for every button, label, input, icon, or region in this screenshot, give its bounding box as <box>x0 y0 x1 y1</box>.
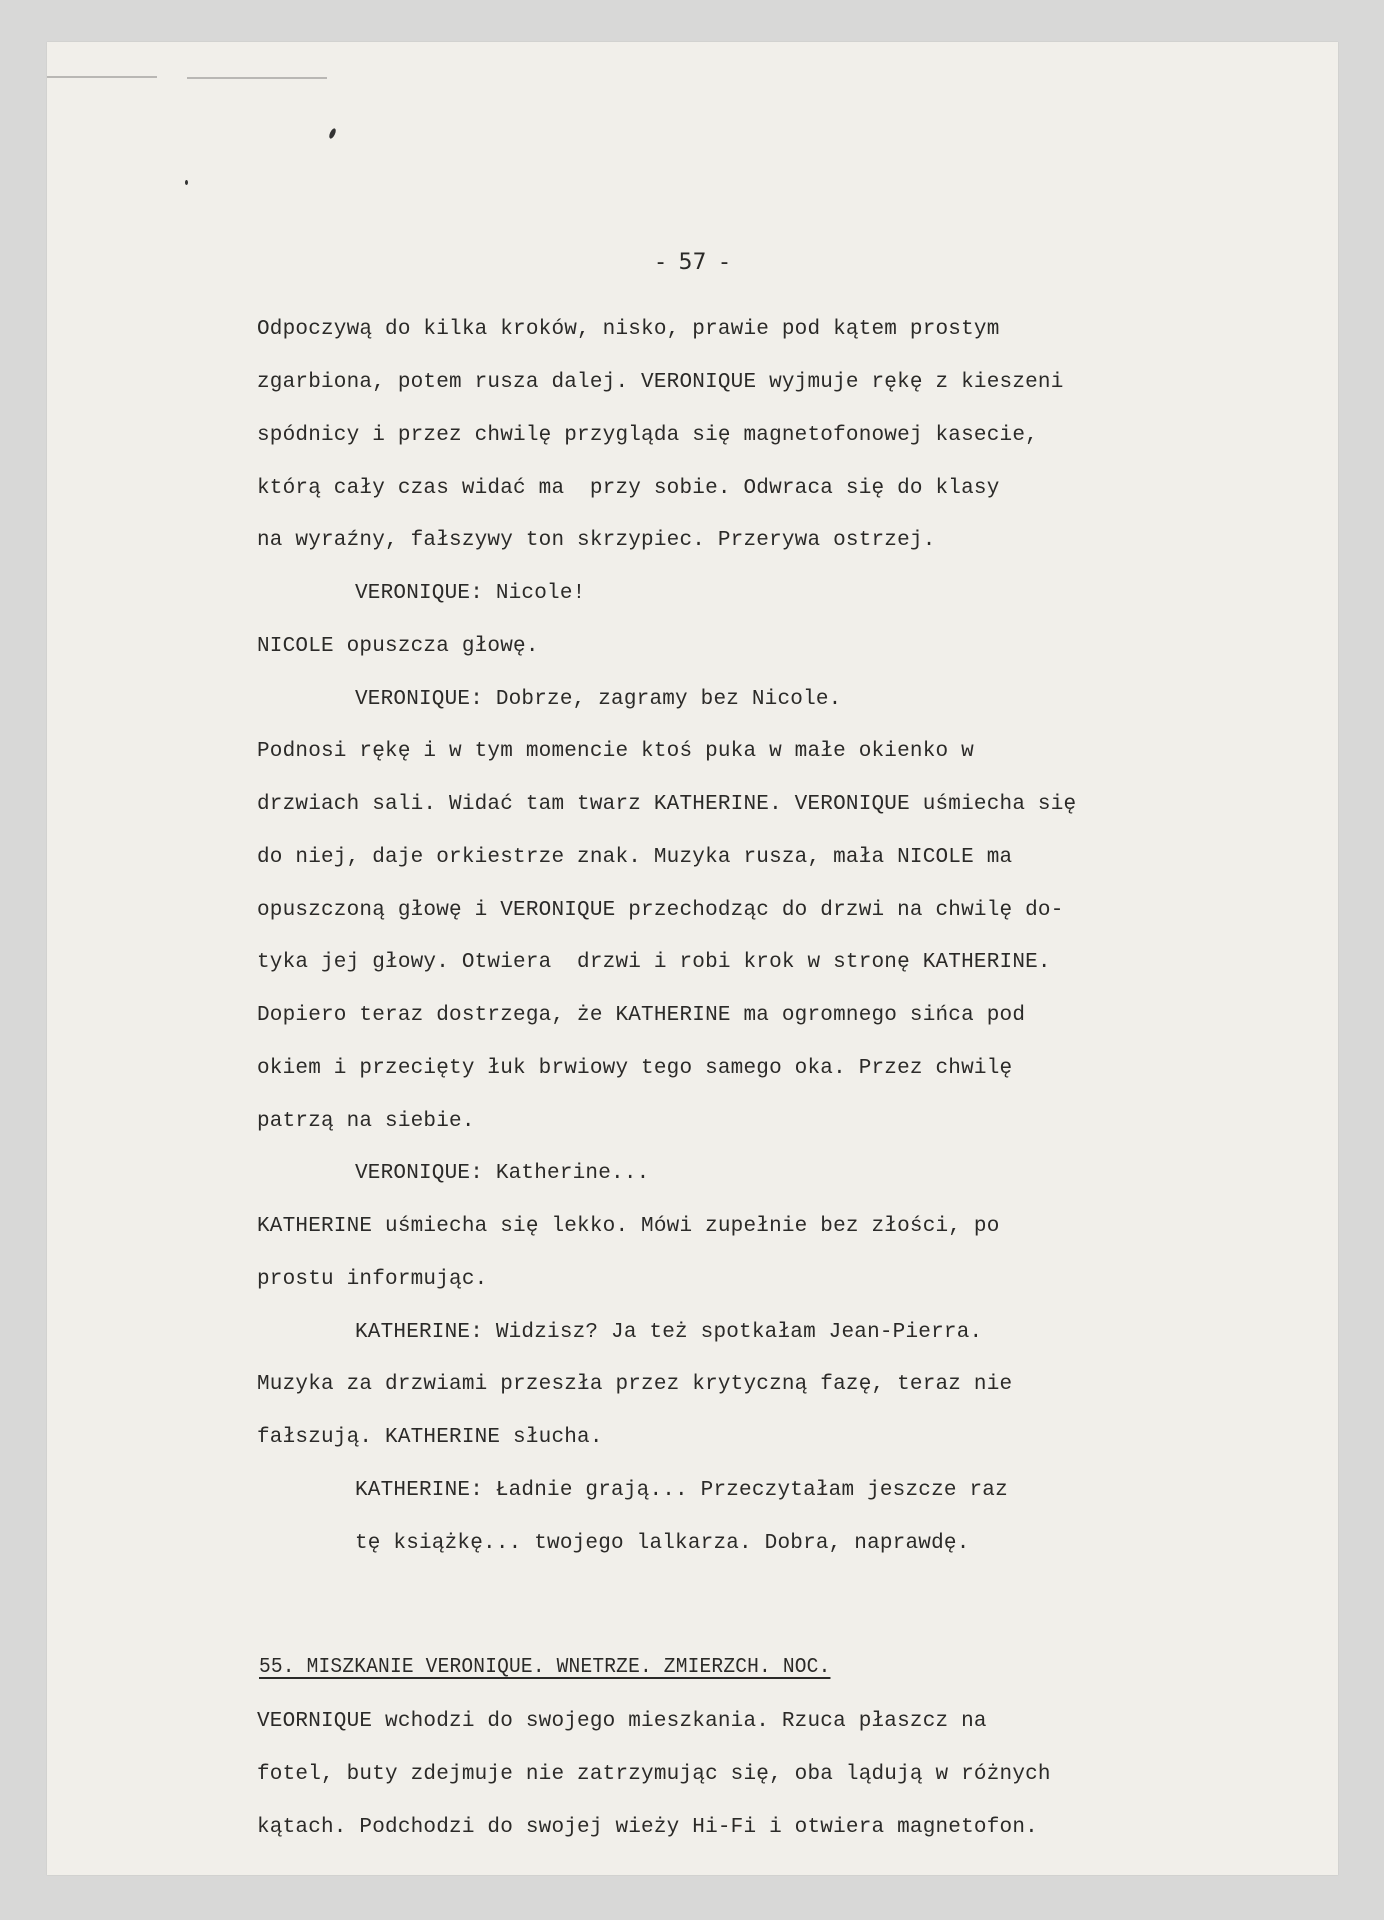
page-number: - 57 - <box>47 250 1338 275</box>
scan-smudge <box>47 76 157 78</box>
dialogue-line: VERONIQUE: Katherine... <box>355 1162 649 1185</box>
scene-line: fotel, buty zdejmuje nie zatrzymując się… <box>257 1763 1051 1786</box>
body-line: Odpoczywą do kilka kroków, nisko, prawie… <box>257 318 1000 341</box>
ink-speck <box>328 127 337 139</box>
scene-line: VEORNIQUE wchodzi do swojego mieszkania.… <box>257 1710 987 1733</box>
dialogue-line: KATHERINE: Widzisz? Ja też spotkałam Jea… <box>355 1321 982 1344</box>
body-line: Podnosi rękę i w tym momencie ktoś puka … <box>257 740 974 763</box>
body-line: patrzą na siebie. <box>257 1110 475 1133</box>
body-line: drzwiach sali. Widać tam twarz KATHERINE… <box>257 793 1076 816</box>
body-line: fałszują. KATHERINE słucha. <box>257 1426 603 1449</box>
body-line: NICOLE opuszcza głowę. <box>257 635 539 658</box>
body-line: Muzyka za drzwiami przeszła przez krytyc… <box>257 1373 1012 1396</box>
dialogue-line: VERONIQUE: Dobrze, zagramy bez Nicole. <box>355 688 841 711</box>
body-line: prostu informując. <box>257 1268 487 1291</box>
typewritten-page: - 57 - Odpoczywą do kilka kroków, nisko,… <box>47 42 1338 1875</box>
body-line: KATHERINE uśmiecha się lekko. Mówi zupeł… <box>257 1215 1000 1238</box>
body-line: do niej, daje orkiestrze znak. Muzyka ru… <box>257 846 1012 869</box>
dialogue-line: KATHERINE: Ładnie grają... Przeczytałam … <box>355 1479 1008 1502</box>
scene-heading: 55. MISZKANIE VERONIQUE. WNETRZE. ZMIERZ… <box>259 1656 830 1679</box>
body-line: spódnicy i przez chwilę przygląda się ma… <box>257 424 1038 447</box>
body-line: tyka jej głowy. Otwiera drzwi i robi kro… <box>257 951 1051 974</box>
body-line: zgarbiona, potem rusza dalej. VERONIQUE … <box>257 371 1064 394</box>
ink-speck <box>185 180 188 185</box>
scan-smudge <box>187 77 327 79</box>
scene-line: kątach. Podchodzi do swojej wieży Hi-Fi … <box>257 1816 1038 1839</box>
body-line: okiem i przecięty łuk brwiowy tego sameg… <box>257 1057 1012 1080</box>
body-line: na wyraźny, fałszywy ton skrzypiec. Prze… <box>257 529 936 552</box>
body-line: Dopiero teraz dostrzega, że KATHERINE ma… <box>257 1004 1025 1027</box>
dialogue-line: VERONIQUE: Nicole! <box>355 582 585 605</box>
dialogue-line: tę książkę... twojego lalkarza. Dobra, n… <box>355 1532 970 1555</box>
body-line: którą cały czas widać ma przy sobie. Odw… <box>257 477 1000 500</box>
body-line: opuszczoną głowę i VERONIQUE przechodząc… <box>257 899 1064 922</box>
